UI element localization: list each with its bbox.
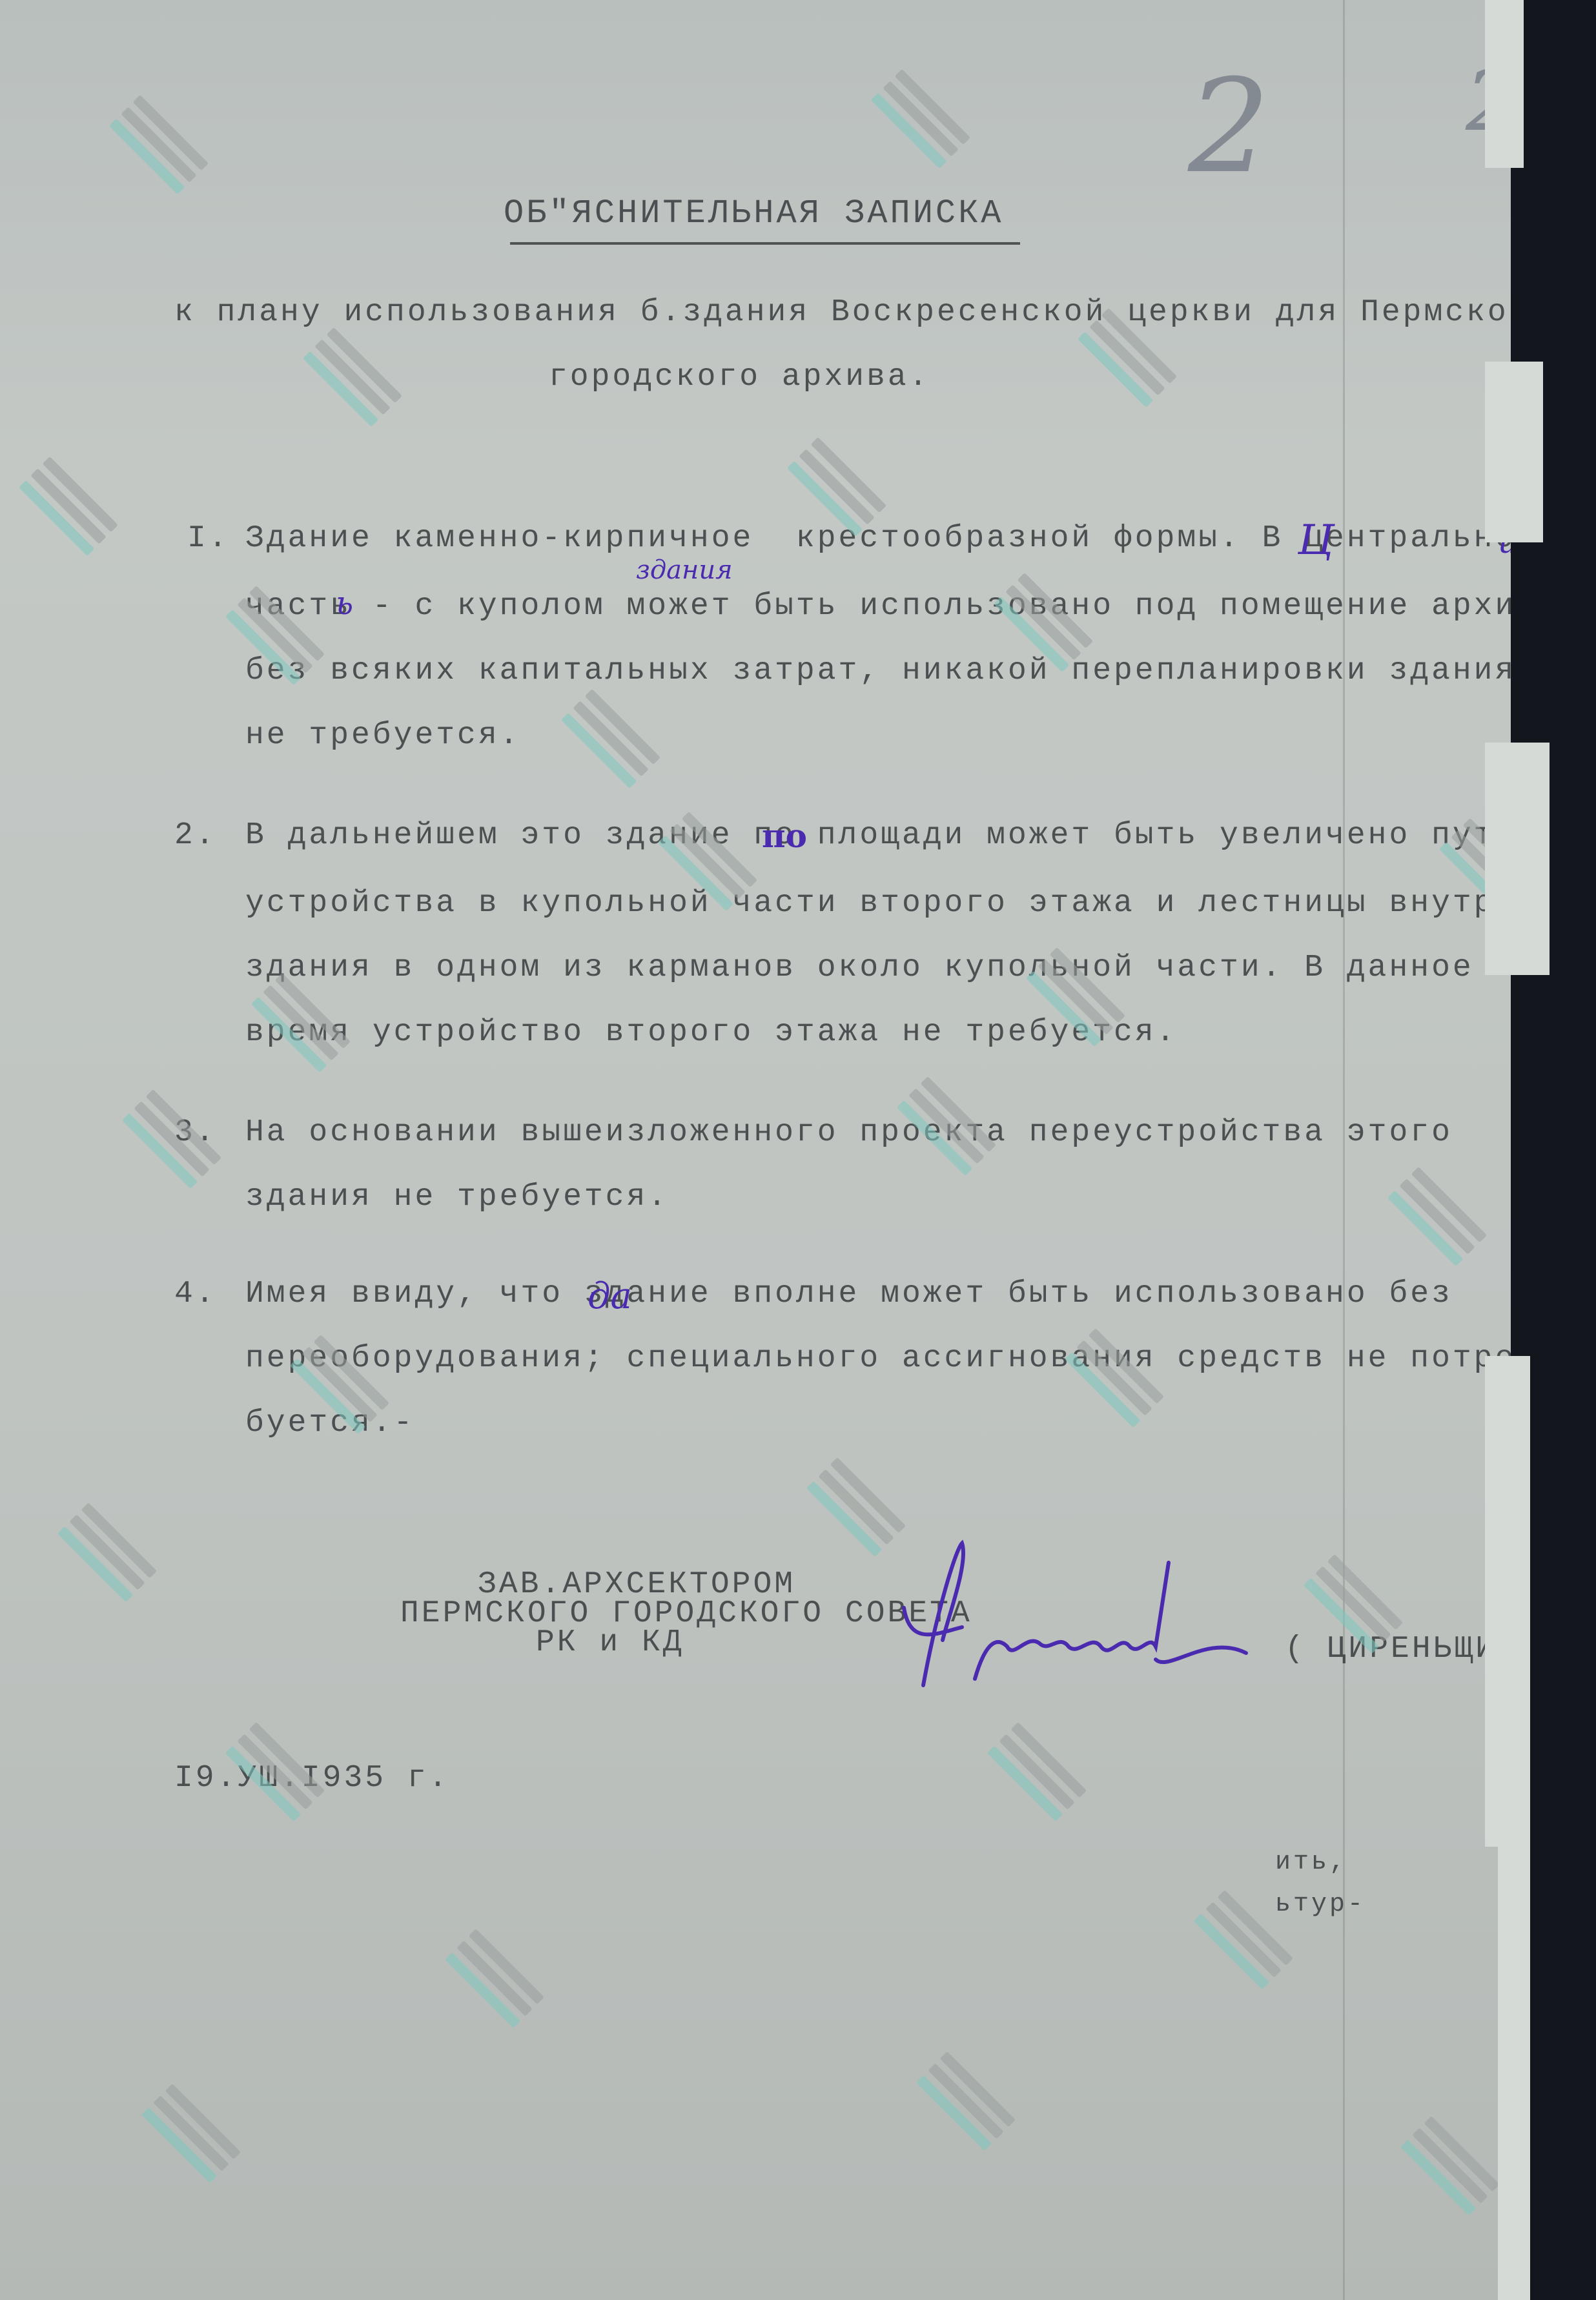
archive-watermark-icon [225, 1685, 362, 1822]
fragment-line: ить, [1275, 1850, 1347, 1876]
paragraph-line: здания в одном из карманов около купольн… [245, 952, 1474, 983]
subtitle-line-1: к плану использования б.здания Воскресен… [174, 297, 1551, 328]
archive-watermark-icon [141, 2046, 278, 2183]
signatory-title-line-3: РК и КД [536, 1627, 684, 1658]
archive-watermark-icon [109, 57, 246, 194]
paragraph-line: здания не требуется. [245, 1182, 669, 1213]
paragraph-line: не требуется. [245, 720, 520, 751]
page-title: ОБ"ЯСНИТЕЛЬНАЯ ЗАПИСКА [504, 197, 1004, 231]
paragraph-line: Здание каменно-кирпичное крестообразной … [245, 523, 1537, 554]
archive-watermark-icon [445, 1891, 582, 2028]
handwritten-insertion: да [588, 1275, 632, 1317]
archive-watermark-icon [787, 400, 924, 537]
archive-watermark-icon [871, 32, 1008, 169]
paragraph-line: переоборудования; специального ассигнова… [245, 1343, 1537, 1374]
page-number-pencil: 2 [1188, 52, 1270, 202]
archive-watermark-icon [1078, 271, 1214, 407]
paragraph-line: без всяких капитальных затрат, никакой п… [245, 655, 1516, 686]
signatory-title-line-1: ЗАВ.АРХСЕКТОРОМ [478, 1569, 795, 1600]
archive-watermark-icon [19, 419, 156, 556]
document-page: 2 2 ОБ"ЯСНИТЕЛЬНАЯ ЗАПИСКА к плану испол… [0, 0, 1543, 2300]
subtitle-line-2: городского архива. [549, 362, 930, 393]
paragraph-number: 4. [174, 1278, 217, 1309]
archive-watermark-icon [897, 1039, 1034, 1176]
paragraph-line: время устройство второго этажа не требуе… [245, 1017, 1177, 1048]
paragraph-number: 2. [174, 820, 217, 851]
title-underline [510, 242, 1020, 245]
torn-paper-edge [1485, 0, 1524, 168]
handwritten-insertion: по [762, 817, 807, 855]
paper-fold [1343, 0, 1345, 2300]
torn-paper-edge [1485, 1356, 1530, 1847]
paragraph-line: На основании вышеизложенного проекта пер… [245, 1117, 1453, 1148]
paragraph-line: устройства в купольной части второго эта… [245, 888, 1516, 919]
document-date: I9.УШ.I935 г. [174, 1763, 449, 1794]
handwritten-signature [885, 1537, 1272, 1718]
torn-paper-edge [1485, 362, 1543, 542]
paragraph-number: I. [187, 523, 230, 554]
torn-paper-edge [1498, 1847, 1530, 2300]
archive-watermark-icon [916, 2014, 1053, 2151]
paragraph-number: 3. [174, 1117, 217, 1148]
handwritten-insertion: ь [336, 584, 353, 622]
paragraph-line: часть - с куполом может быть использован… [245, 591, 1559, 622]
fragment-line: ьтур- [1275, 1892, 1366, 1918]
handwritten-insertion: Ц [1298, 517, 1334, 564]
archive-watermark-icon [57, 1465, 194, 1602]
torn-paper-edge [1485, 743, 1550, 975]
paragraph-line: В дальнейшем это здание по площади может… [245, 820, 1537, 851]
paragraph-line: буется.- [245, 1408, 414, 1439]
handwritten-insertion: здания [636, 555, 733, 585]
paragraph-line: Имея ввиду, что здание вполне может быть… [245, 1278, 1453, 1309]
